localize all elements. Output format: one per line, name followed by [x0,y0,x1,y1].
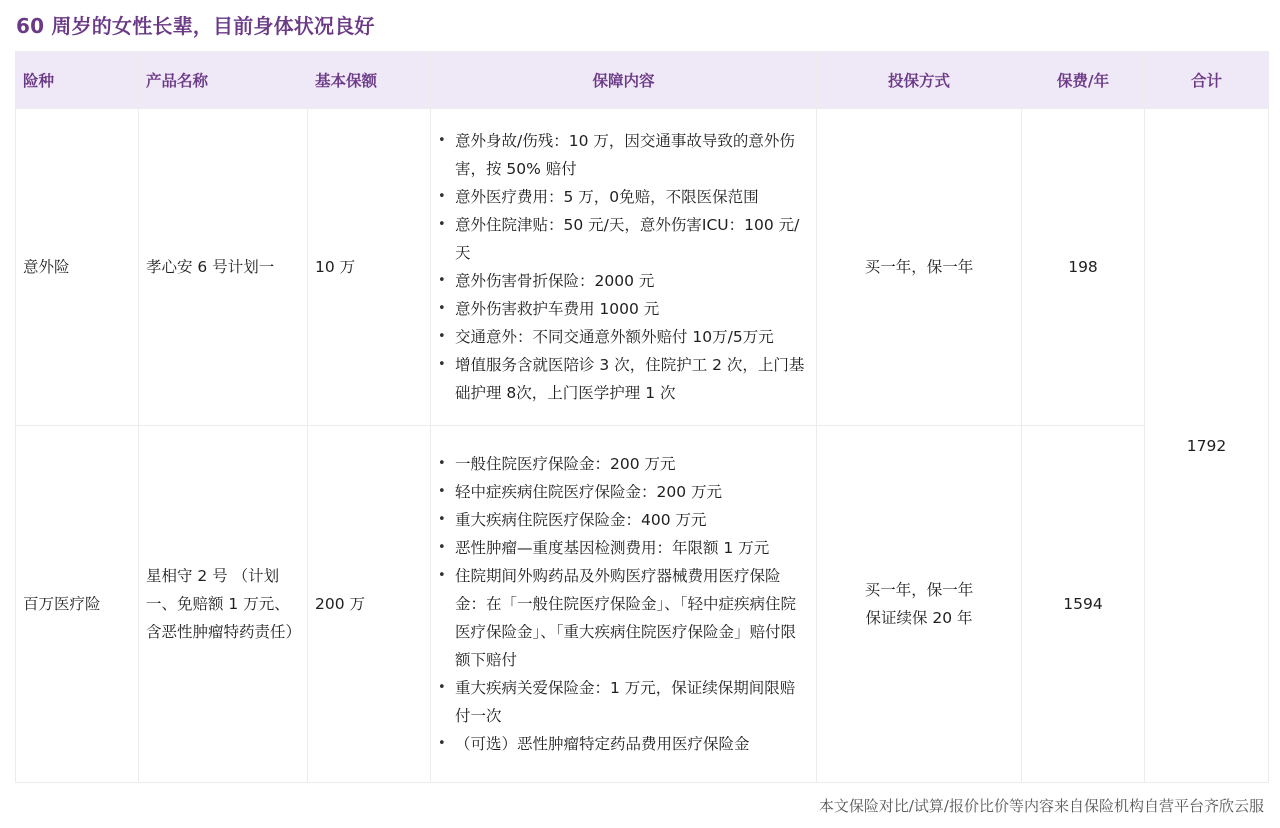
insurance-type: 意外险 [16,109,139,426]
column-header-premium: 保费/年 [1022,52,1145,109]
coverage-item: 意外伤害救护车费用 1000 元 [438,295,809,323]
coverage-item: 重大疾病关爱保险金：1 万元，保证续保期间限赔付一次 [438,674,809,730]
coverage-item: 交通意外：不同交通意外额外赔付 10万/5万元 [438,323,809,351]
base-amount: 200 万 [308,426,431,783]
coverage-list: 一般住院医疗保险金：200 万元 轻中症疾病住院医疗保险金：200 万元 重大疾… [438,450,809,758]
purchase-method: 买一年，保一年 [817,109,1022,426]
column-header-product: 产品名称 [139,52,308,109]
annual-premium: 1594 [1022,426,1145,783]
insurance-comparison-table: 险种 产品名称 基本保额 保障内容 投保方式 保费/年 合计 意外险 孝心安 6… [15,51,1269,783]
coverage-item: 增值服务含就医陪诊 3 次，住院护工 2 次，上门基础护理 8次，上门医学护理 … [438,351,809,407]
product-name: 星相守 2 号 （计划一、免赔额 1 万元、含恶性肿瘤特药责任） [139,426,308,783]
total-premium: 1792 [1145,109,1269,783]
annual-premium: 198 [1022,109,1145,426]
coverage-item: 轻中症疾病住院医疗保险金：200 万元 [438,478,809,506]
coverage-item: 意外住院津贴：50 元/天，意外伤害ICU：100 元/天 [438,211,809,267]
column-header-total: 合计 [1145,52,1269,109]
column-header-type: 险种 [16,52,139,109]
table-header-row: 险种 产品名称 基本保额 保障内容 投保方式 保费/年 合计 [16,52,1269,109]
coverage-item: 住院期间外购药品及外购医疗器械费用医疗保险金：在「一般住院医疗保险金」、「轻中症… [438,562,809,674]
coverage-item: 恶性肿瘤—重度基因检测费用：年限额 1 万元 [438,534,809,562]
coverage-list: 意外身故/伤残：10 万，因交通事故导致的意外伤害，按 50% 赔付 意外医疗费… [438,127,809,407]
column-header-amount: 基本保额 [308,52,431,109]
coverage-cell: 意外身故/伤残：10 万，因交通事故导致的意外伤害，按 50% 赔付 意外医疗费… [431,109,817,426]
purchase-method-line: 买一年，保一年 [824,576,1014,604]
coverage-item: （可选）恶性肿瘤特定药品费用医疗保险金 [438,730,809,758]
page-title: 60 周岁的女性长辈，目前身体状况良好 [16,10,375,39]
coverage-item: 重大疾病住院医疗保险金：400 万元 [438,506,809,534]
coverage-item: 意外医疗费用：5 万，0免赔，不限医保范围 [438,183,809,211]
purchase-method-line: 保证续保 20 年 [824,604,1014,632]
coverage-item: 意外身故/伤残：10 万，因交通事故导致的意外伤害，按 50% 赔付 [438,127,809,183]
table-row: 意外险 孝心安 6 号计划一 10 万 意外身故/伤残：10 万，因交通事故导致… [16,109,1269,426]
column-header-method: 投保方式 [817,52,1022,109]
insurance-type: 百万医疗险 [16,426,139,783]
column-header-coverage: 保障内容 [431,52,817,109]
purchase-method-line: 买一年，保一年 [824,253,1014,281]
purchase-method: 买一年，保一年 保证续保 20 年 [817,426,1022,783]
source-disclaimer: 本文保险对比/试算/报价比价等内容来自保险机构自营平台齐欣云服 [819,795,1264,816]
base-amount: 10 万 [308,109,431,426]
product-name: 孝心安 6 号计划一 [139,109,308,426]
coverage-item: 意外伤害骨折保险：2000 元 [438,267,809,295]
table-row: 百万医疗险 星相守 2 号 （计划一、免赔额 1 万元、含恶性肿瘤特药责任） 2… [16,426,1269,783]
coverage-cell: 一般住院医疗保险金：200 万元 轻中症疾病住院医疗保险金：200 万元 重大疾… [431,426,817,783]
coverage-item: 一般住院医疗保险金：200 万元 [438,450,809,478]
